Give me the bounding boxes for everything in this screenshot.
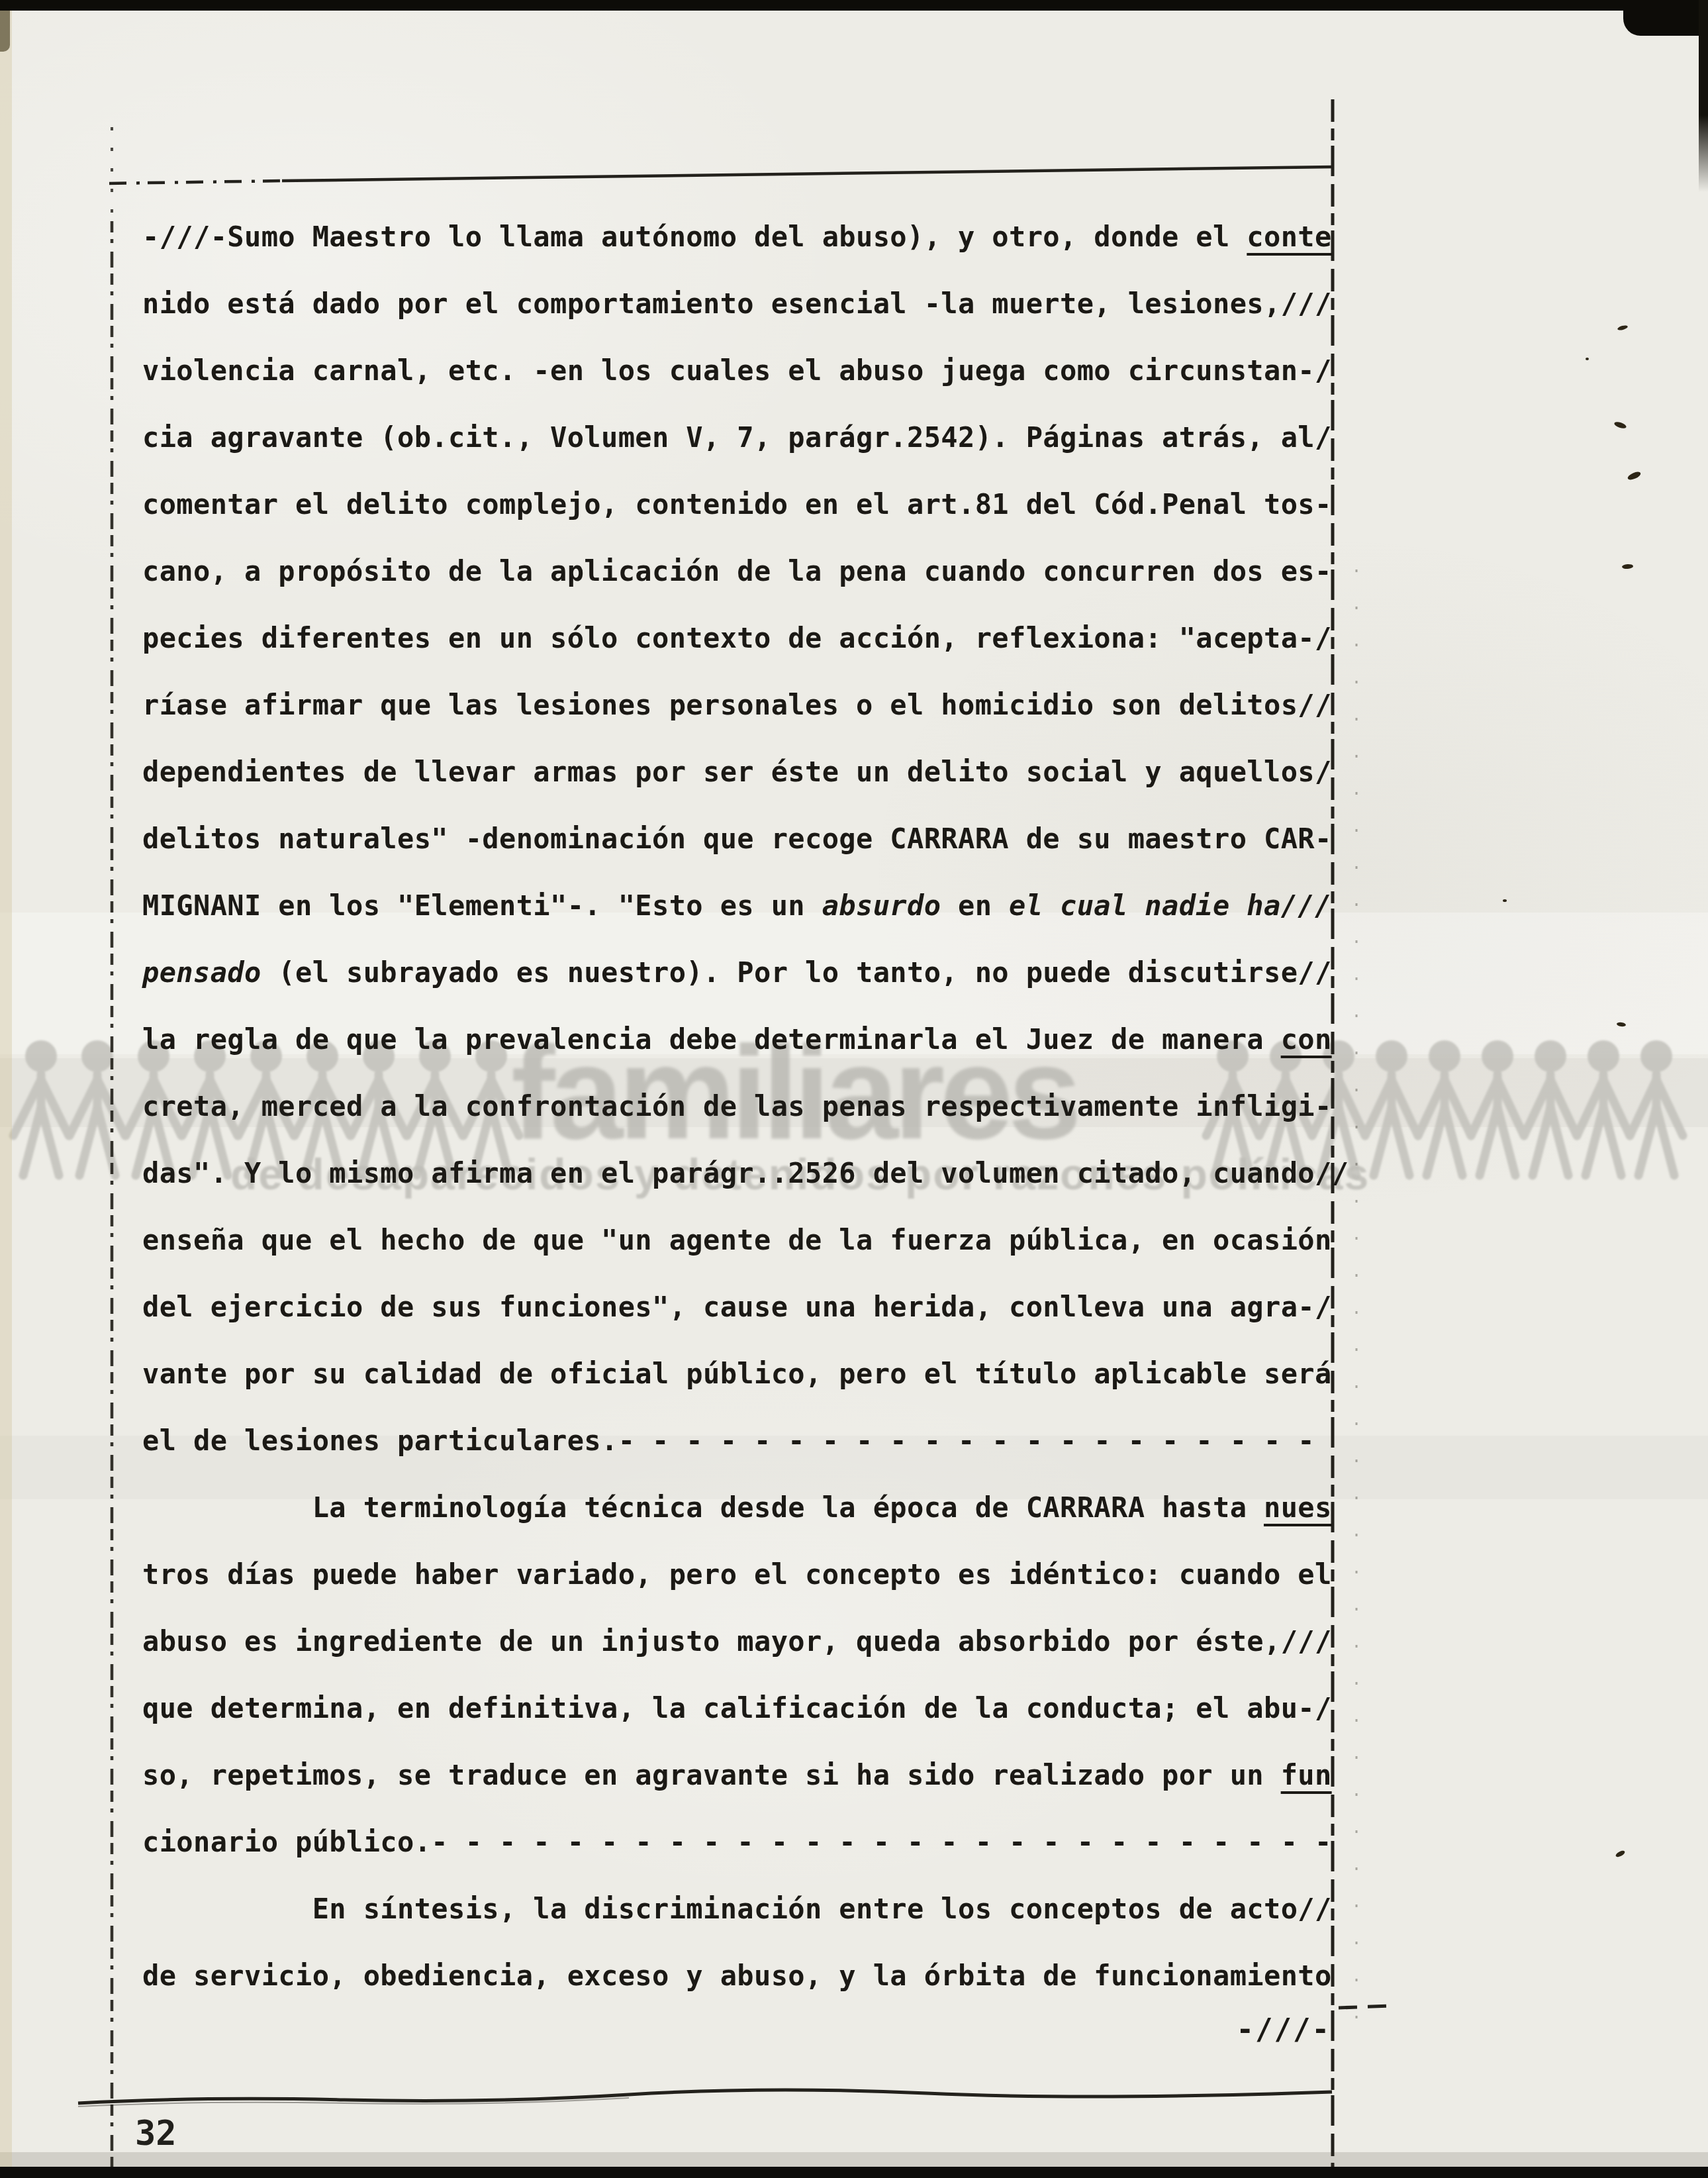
text-line: comentar el delito complejo, contenido e…	[142, 473, 1360, 540]
text-line: so, repetimos, se traduce en agravante s…	[142, 1744, 1360, 1810]
scan-bottom-edge	[0, 2167, 1708, 2178]
text-line: cia agravante (ob.cit., Volumen V, 7, pa…	[142, 406, 1360, 473]
page-end-mark: -///-	[1165, 2013, 1331, 2047]
text-line: creta, merced a la confrontación de las …	[142, 1075, 1360, 1142]
scan-left-corner-blob	[0, 11, 10, 52]
text-line: la regla de que la prevalencia debe dete…	[142, 1008, 1360, 1075]
text-line: que determina, en definitiva, la calific…	[142, 1677, 1360, 1744]
text-line: el de lesiones particulares.- - - - - - …	[142, 1409, 1360, 1476]
text-line: La terminología técnica desde la época d…	[142, 1476, 1360, 1543]
text-line: enseña que el hecho de que "un agente de…	[142, 1209, 1360, 1275]
text-line: pecies diferentes en un sólo contexto de…	[142, 607, 1360, 673]
text-line: pensado (el subrayado es nuestro). Por l…	[142, 941, 1360, 1008]
top-rule-dashed-start	[109, 181, 285, 183]
text-line: dependientes de llevar armas por ser ést…	[142, 740, 1360, 807]
text-line: tros días puede haber variado, pero el c…	[142, 1543, 1360, 1610]
page-number: 32	[135, 2114, 177, 2153]
scan-bottom-shadow	[0, 2152, 1708, 2167]
text-line: ríase afirmar que las lesiones personale…	[142, 673, 1360, 740]
text-line: nido está dado por el comportamiento ese…	[142, 272, 1360, 339]
text-line: -///-Sumo Maestro lo llama autónomo del …	[142, 205, 1360, 272]
text-line: violencia carnal, etc. -en los cuales el…	[142, 339, 1360, 406]
typewriter-text: -///-Sumo Maestro lo llama autónomo del …	[142, 205, 1360, 2011]
scan-right-edge	[1699, 0, 1708, 192]
text-line: cionario público.- - - - - - - - - - - -…	[142, 1810, 1360, 1877]
bottom-rule	[78, 2090, 1332, 2103]
text-line: En síntesis, la discriminación entre los…	[142, 1877, 1360, 1944]
scanned-typewritten-page: { "document": { "page_number": "32", "en…	[0, 0, 1708, 2178]
text-line: cano, a propósito de la aplicación de la…	[142, 540, 1360, 607]
scan-top-edge	[0, 0, 1708, 11]
scan-left-edge	[0, 11, 12, 2167]
text-line: de servicio, obediencia, exceso y abuso,…	[142, 1944, 1360, 2011]
top-rule	[282, 167, 1333, 181]
text-line: MIGNANI en los "Elementi"-. "Esto es un …	[142, 874, 1360, 941]
ink-speck	[1586, 358, 1589, 360]
scan-top-right-corner	[1623, 0, 1708, 36]
text-line: delitos naturales" -denominación que rec…	[142, 807, 1360, 874]
text-line: del ejercicio de sus funciones", cause u…	[142, 1275, 1360, 1342]
text-line: das". Y lo mismo afirma en el parágr..25…	[142, 1142, 1360, 1209]
text-line: abuso es ingrediente de un injusto mayor…	[142, 1610, 1360, 1677]
text-line: vante por su calidad de oficial público,…	[142, 1342, 1360, 1409]
ink-speck	[1503, 899, 1507, 902]
